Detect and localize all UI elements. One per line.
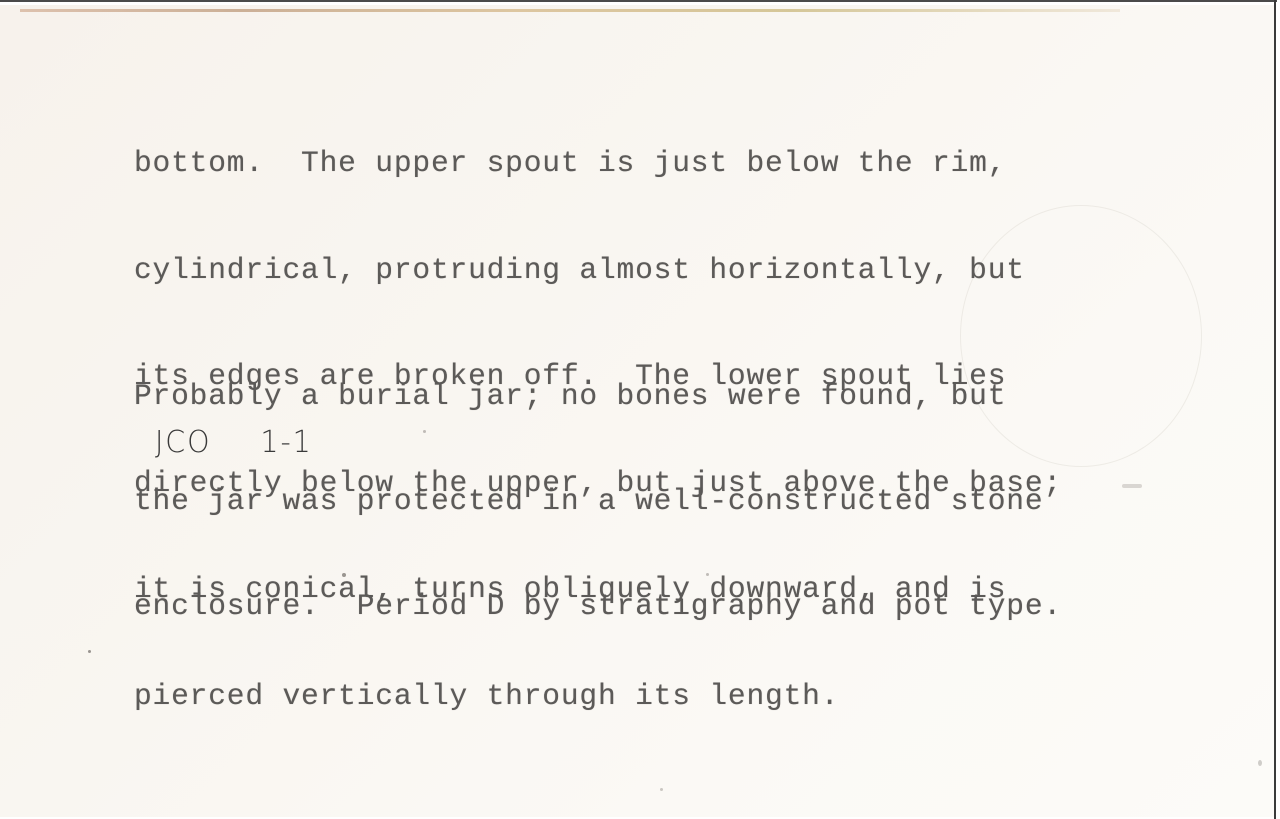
text-line: Probably a burial jar; no bones were fou… (134, 379, 1062, 414)
paper-speck (342, 573, 346, 577)
paper-speck (660, 788, 663, 791)
paper-mark (1122, 484, 1142, 488)
text-line: cylindrical, protruding almost horizonta… (134, 253, 1062, 289)
text-line: enclosure. Period D by stratigraphy and … (134, 589, 1062, 624)
catalog-card: bottom. The upper spout is just below th… (0, 5, 1276, 817)
handwritten-initials: JCO (155, 425, 211, 460)
text-line: bottom. The upper spout is just below th… (134, 146, 1062, 182)
paper-speck (423, 430, 426, 433)
text-line: the jar was protected in a well-construc… (134, 484, 1062, 519)
paper-speck (1258, 760, 1262, 766)
scan-right-border (1274, 0, 1276, 819)
card-edge-tint (20, 9, 1120, 12)
interpretation-paragraph: Probably a burial jar; no bones were fou… (134, 309, 1062, 694)
paper-speck (88, 650, 91, 653)
handwritten-code: 1-1 (260, 425, 312, 460)
handwritten-note: JCO 1-1 (155, 425, 313, 460)
paper-speck (706, 573, 709, 576)
